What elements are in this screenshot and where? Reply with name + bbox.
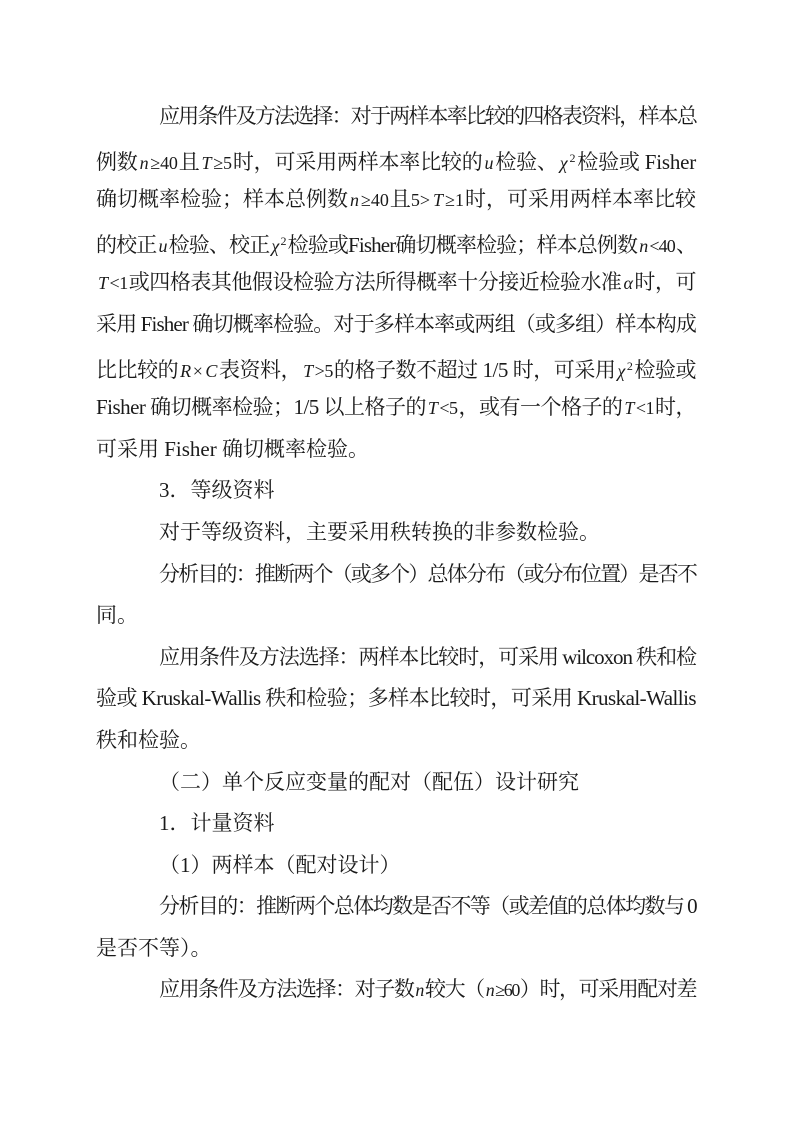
text-run: 1．计量资料 [159, 811, 275, 835]
text-line: 同。 [96, 595, 696, 637]
math-operator: <1 [110, 273, 128, 293]
text-run: 时，可 [634, 270, 696, 294]
line-content: 可采用 Fisher 确切概率检验。 [96, 437, 369, 461]
text-line: （1）两样本（配对设计） [96, 845, 696, 887]
text-line: 1．计量资料 [96, 803, 696, 845]
text-run: 、 [676, 233, 696, 257]
line-content: 比比较的R×C表资料，T>5的格子数不超过 1/5 时，可采用χ2检验或 [96, 358, 696, 382]
text-run: 例数 [96, 150, 138, 174]
math-variable: n [639, 236, 647, 256]
math-superscript: 2 [569, 151, 575, 165]
text-line: 分析目的：推断两个（或多个）总体分布（或分布位置）是否不 [96, 554, 696, 596]
line-content: （二）单个反应变量的配对（配伍）设计研究 [159, 770, 579, 794]
text-line: 的校正u检验、校正χ2检验或Fisher确切概率检验；样本总例数n<40、 [96, 221, 696, 263]
text-run: Fisher 确切概率检验；1/5 以上格子的 [96, 395, 426, 419]
text-line: 应用条件及方法选择：对于两样本率比较的四格表资料，样本总 [96, 96, 696, 138]
text-run: 比比较的 [96, 358, 178, 382]
line-content: 分析目的：推断两个（或多个）总体分布（或分布位置）是否不 [159, 562, 696, 586]
math-variable: T [428, 398, 438, 418]
text-run: 时， [655, 395, 696, 419]
text-line: 可采用 Fisher 确切概率检验。 [96, 429, 696, 471]
math-variable: n [415, 980, 423, 1000]
text-line: 例数n≥40且T≥5时，可采用两样本率比较的u检验、χ2检验或 Fisher [96, 138, 696, 180]
document-page: 应用条件及方法选择：对于两样本率比较的四格表资料，样本总例数n≥40且T≥5时，… [0, 0, 793, 1122]
line-content: 采用 Fisher 确切概率检验。对于多样本率或两组（或多组）样本构成 [96, 312, 696, 336]
math-variable: T [98, 273, 108, 293]
line-content: 例数n≥40且T≥5时，可采用两样本率比较的u检验、χ2检验或 Fisher [96, 150, 696, 174]
text-run: 且 [179, 150, 200, 174]
math-operator: ≥60 [495, 980, 519, 1000]
line-content: 应用条件及方法选择：两样本比较时，可采用 wilcoxon 秩和检 [159, 645, 696, 669]
text-run: 检验、 [495, 150, 557, 174]
text-run: 分析目的：推断两个总体均数是否不等（或差值的总体均数与 0 [159, 894, 696, 918]
math-operator: ≥5 [213, 153, 232, 173]
text-run: 应用条件及方法选择：两样本比较时，可采用 wilcoxon 秩和检 [159, 645, 696, 669]
text-run: 应用条件及方法选择：对于两样本率比较的四格表资料，样本总 [159, 104, 696, 128]
math-variable: u [158, 236, 166, 256]
math-variable: R [180, 361, 191, 381]
math-operator: × [193, 361, 203, 381]
text-run: 是否不等）。 [96, 936, 212, 960]
text-line: （二）单个反应变量的配对（配伍）设计研究 [96, 762, 696, 804]
text-run: 应用条件及方法选择：对子数 [159, 977, 413, 1001]
line-content: 分析目的：推断两个总体均数是否不等（或差值的总体均数与 0 [159, 894, 696, 918]
text-line: Fisher 确切概率检验；1/5 以上格子的T<5，或有一个格子的T<1时， [96, 387, 696, 429]
text-line: 采用 Fisher 确切概率检验。对于多样本率或两组（或多组）样本构成 [96, 304, 696, 346]
line-content: 的校正u检验、校正χ2检验或Fisher确切概率检验；样本总例数n<40、 [96, 233, 696, 257]
math-operator: ≥1 [445, 190, 464, 210]
text-run: 确切概率检验；样本总例数 [96, 187, 348, 211]
text-line: 3．等级资料 [96, 470, 696, 512]
line-content: （1）两样本（配对设计） [159, 853, 401, 877]
text-run: ）时，可采用配对差 [520, 977, 696, 1001]
math-operator: <1 [636, 398, 654, 418]
line-content: Fisher 确切概率检验；1/5 以上格子的T<5，或有一个格子的T<1时， [96, 395, 696, 419]
text-line: 验或 Kruskal-Wallis 秩和检验；多样本比较时，可采用 Kruska… [96, 678, 696, 720]
math-variable: n [350, 190, 359, 210]
math-variable: χ [271, 236, 278, 256]
text-line: 比比较的R×C表资料，T>5的格子数不超过 1/5 时，可采用χ2检验或 [96, 346, 696, 388]
text-run: 分析目的：推断两个（或多个）总体分布（或分布位置）是否不 [159, 562, 696, 586]
math-variable: T [433, 190, 443, 210]
math-variable: n [140, 153, 149, 173]
line-content: 应用条件及方法选择：对子数n较大（n≥60）时，可采用配对差 [159, 977, 696, 1001]
line-content: 应用条件及方法选择：对于两样本率比较的四格表资料，样本总 [159, 104, 696, 128]
text-run: 或四格表其他假设检验方法所得概率十分接近检验水准 [129, 270, 622, 294]
text-run: 采用 Fisher 确切概率检验。对于多样本率或两组（或多组）样本构成 [96, 312, 696, 336]
text-run: 的格子数不超过 1/5 时，可采用 [334, 358, 616, 382]
math-variable: α [623, 273, 632, 293]
line-content: 同。 [96, 603, 138, 627]
line-content: 1．计量资料 [159, 811, 275, 835]
text-run: 的校正 [96, 233, 156, 257]
math-variable: T [202, 153, 212, 173]
text-line: 确切概率检验；样本总例数n≥40且5>T≥1时，可采用两样本率比较 [96, 179, 696, 221]
line-content: T<1或四格表其他假设检验方法所得概率十分接近检验水准α时，可 [96, 270, 696, 294]
math-operator: ≥40 [361, 190, 389, 210]
math-variable: n [486, 980, 494, 1000]
math-operator: 5> [411, 190, 430, 210]
text-run: 验或 Kruskal-Wallis 秩和检验；多样本比较时，可采用 Kruska… [96, 686, 696, 710]
text-run: 3．等级资料 [159, 478, 275, 502]
text-run: 较大（ [425, 977, 484, 1001]
text-run: 检验、校正 [169, 233, 270, 257]
text-line: 秩和检验。 [96, 720, 696, 762]
text-run: 时，可采用两样本率比较 [465, 187, 696, 211]
math-superscript: 2 [280, 234, 285, 248]
text-line: 应用条件及方法选择：对子数n较大（n≥60）时，可采用配对差 [96, 969, 696, 1011]
line-content: 是否不等）。 [96, 936, 212, 960]
text-line: 对于等级资料，主要采用秩转换的非参数检验。 [96, 512, 696, 554]
text-line: 是否不等）。 [96, 928, 696, 970]
math-variable: u [485, 153, 494, 173]
line-content: 秩和检验。 [96, 728, 201, 752]
text-run: ，或有一个格子的 [459, 395, 623, 419]
text-run: 检验或 [634, 358, 696, 382]
math-operator: <40 [649, 236, 675, 256]
text-run: 检验或Fisher确切概率检验；样本总例数 [288, 233, 638, 257]
text-run: 同。 [96, 603, 138, 627]
line-content: 验或 Kruskal-Wallis 秩和检验；多样本比较时，可采用 Kruska… [96, 686, 696, 710]
text-run: 表资料， [219, 358, 301, 382]
line-content: 确切概率检验；样本总例数n≥40且5>T≥1时，可采用两样本率比较 [96, 187, 696, 211]
math-variable: C [205, 361, 217, 381]
text-run: 秩和检验。 [96, 728, 201, 752]
line-content: 对于等级资料，主要采用秩转换的非参数检验。 [159, 520, 600, 544]
text-run: （1）两样本（配对设计） [159, 853, 401, 877]
text-run: 检验或 Fisher [577, 150, 696, 174]
line-content: 3．等级资料 [159, 478, 275, 502]
math-operator: ≥40 [150, 153, 177, 173]
math-superscript: 2 [627, 359, 633, 373]
text-block: 应用条件及方法选择：对于两样本率比较的四格表资料，样本总例数n≥40且T≥5时，… [96, 96, 696, 1011]
math-variable: T [303, 361, 313, 381]
math-variable: T [624, 398, 634, 418]
text-run: 且 [390, 187, 411, 211]
math-operator: <5 [439, 398, 457, 418]
text-run: （二）单个反应变量的配对（配伍）设计研究 [159, 770, 579, 794]
text-run: 对于等级资料，主要采用秩转换的非参数检验。 [159, 520, 600, 544]
text-line: 应用条件及方法选择：两样本比较时，可采用 wilcoxon 秩和检 [96, 637, 696, 679]
text-run: 可采用 Fisher 确切概率检验。 [96, 437, 369, 461]
math-operator: >5 [315, 361, 333, 381]
text-line: 分析目的：推断两个总体均数是否不等（或差值的总体均数与 0 [96, 886, 696, 928]
text-run: 时，可采用两样本率比较的 [233, 150, 483, 174]
math-variable: χ [560, 153, 568, 173]
math-variable: χ [617, 361, 624, 381]
text-line: T<1或四格表其他假设检验方法所得概率十分接近检验水准α时，可 [96, 262, 696, 304]
